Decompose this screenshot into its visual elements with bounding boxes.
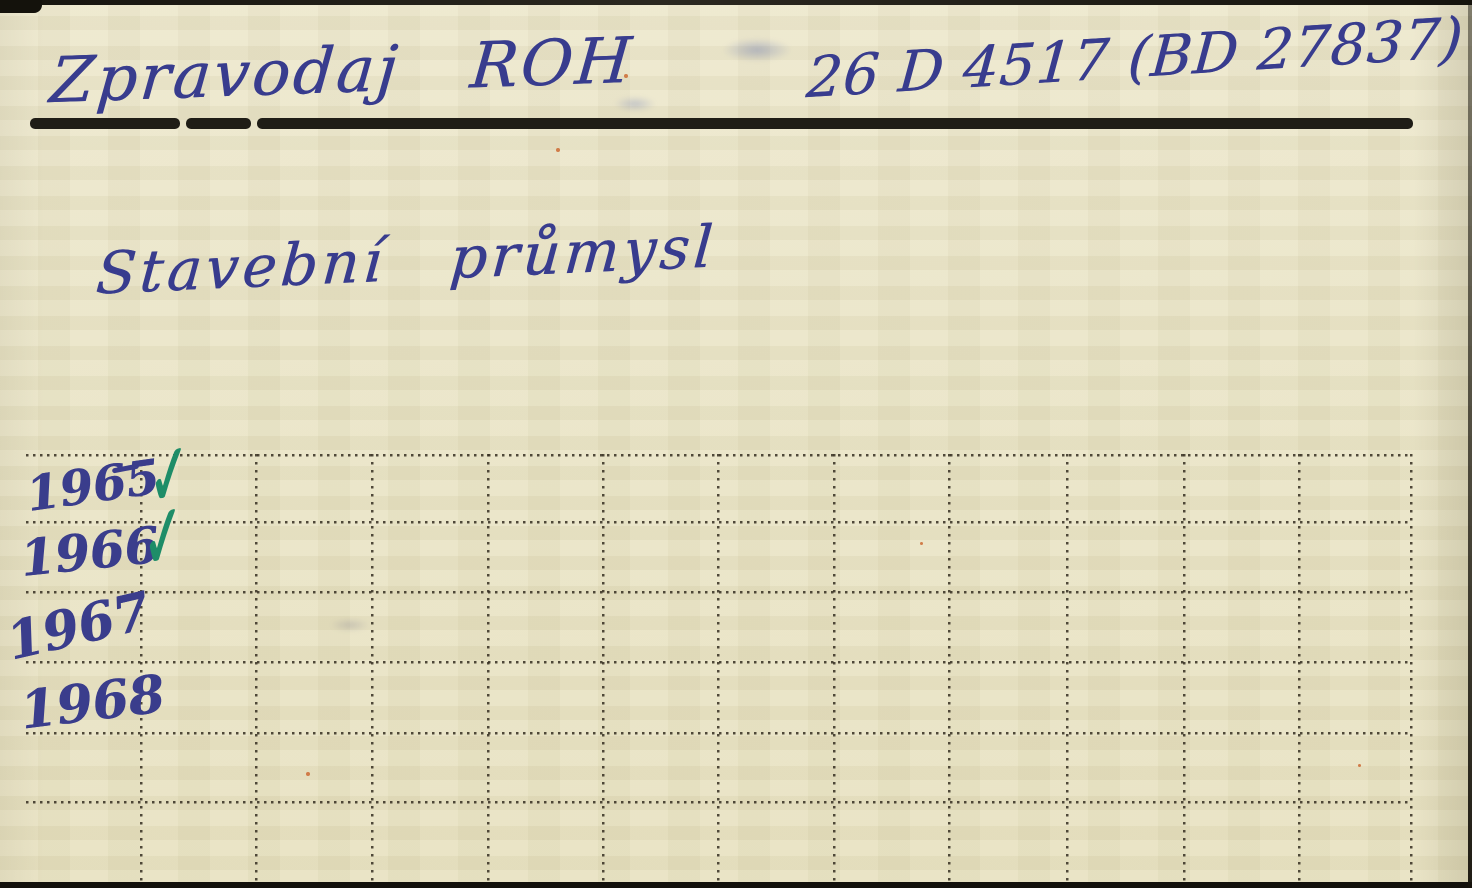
ink-smudge — [722, 38, 792, 62]
scan-edge-top-left-corner — [0, 0, 42, 13]
subject-heading: Stavební průmysl — [94, 212, 719, 307]
grid-vline — [602, 454, 605, 882]
grid-vline — [717, 454, 720, 882]
title-rule-segment — [30, 118, 180, 129]
scan-edge-bottom — [0, 882, 1472, 888]
scan-edge-right — [1468, 0, 1472, 888]
grid-vline — [1410, 454, 1413, 882]
year-label: 1968 — [17, 663, 168, 741]
year-label: 1967 — [1, 581, 156, 673]
catalog-card: Zpravodaj ROH 26 D 4517 (BD 27837) Stave… — [0, 0, 1472, 888]
paper-speck — [624, 74, 628, 78]
ink-smudge — [614, 96, 656, 112]
checkmark-icon: ✓ — [139, 489, 187, 586]
year-row-1967: 1967 — [1, 581, 156, 673]
grid-vline — [371, 454, 374, 882]
grid-vline — [487, 454, 490, 882]
card-title: Zpravodaj ROH — [47, 24, 637, 118]
scan-edge-top — [0, 0, 1472, 5]
paper-speck — [1358, 764, 1361, 767]
grid-vline — [948, 454, 951, 882]
title-rule-segment — [186, 118, 251, 129]
grid-vline — [1298, 454, 1301, 882]
grid-vline — [1066, 454, 1069, 882]
grid-vline — [833, 454, 836, 882]
grid-vline — [255, 454, 258, 882]
title-rule-segment — [257, 118, 1413, 129]
ink-smudge — [330, 618, 370, 632]
grid-vline — [1183, 454, 1186, 882]
paper-speck — [556, 148, 560, 152]
paper-speck — [920, 542, 923, 545]
year-row-1968: 1968 — [17, 663, 168, 741]
call-number: 26 D 4517 (BD 27837) — [804, 6, 1466, 112]
paper-speck — [306, 772, 310, 776]
